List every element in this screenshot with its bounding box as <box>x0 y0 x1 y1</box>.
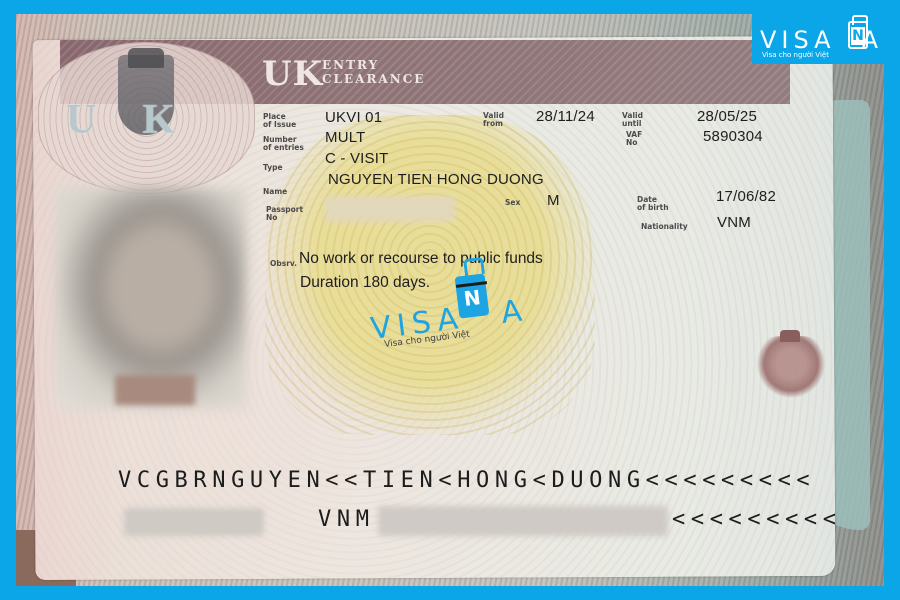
label-sex: Sex <box>505 199 520 207</box>
value-sex: M <box>547 193 560 209</box>
value-nationality: VNM <box>717 215 751 231</box>
mrz-line-1: VCGBRNGUYEN<<TIEN<HONG<DUONG<<<<<<<<< <box>118 468 815 493</box>
label-number-of-entries: Number of entries <box>263 136 304 152</box>
visana-tagline: Visa cho người Việt <box>762 51 829 59</box>
observation-line-1: No work or recourse to public funds <box>299 250 543 268</box>
mrz-line-2-nationality: VNM <box>318 507 375 532</box>
passport-no-redacted <box>325 196 455 222</box>
crown-icon <box>128 48 164 68</box>
value-valid-until: 28/05/25 <box>697 109 757 125</box>
label-place-of-issue: Place of Issue <box>263 113 296 129</box>
label-type: Type <box>263 164 283 172</box>
mrz-line-2-fillers: <<<<<<<<< <box>672 507 842 532</box>
label-observations: Obsrv. <box>270 260 297 268</box>
mrz-line-2-redacted-end <box>378 506 668 536</box>
value-name: NGUYEN TIEN HONG DUONG <box>328 172 544 188</box>
value-vaf-no: 5890304 <box>703 129 763 145</box>
label-valid-until: Valid until <box>622 112 643 128</box>
header-uk-logo: UK <box>262 54 323 94</box>
value-valid-from: 28/11/24 <box>536 109 595 125</box>
mrz-line-2-redacted-start <box>124 508 264 536</box>
label-valid-from: Valid from <box>483 112 504 128</box>
value-type: C - VISIT <box>325 151 388 167</box>
value-number-of-entries: MULT <box>325 130 366 146</box>
value-place-of-issue: UKVI 01 <box>325 110 382 126</box>
holder-photo-collar <box>115 375 195 405</box>
header-title-line1: ENTRY <box>322 58 522 72</box>
suitcase-letter: N <box>851 27 865 45</box>
label-name: Name <box>263 188 287 196</box>
label-passport-no: Passport No <box>266 206 303 222</box>
label-date-of-birth: Date of birth <box>637 196 669 212</box>
rosette-uk-text: UK <box>66 96 216 144</box>
royal-arms-emblem-icon <box>756 336 826 398</box>
header-title-line2: CLEARANCE <box>322 72 522 86</box>
royal-arms-crown-icon <box>780 330 800 342</box>
label-vaf-no: VAF No <box>626 131 642 147</box>
label-nationality: Nationality <box>641 223 688 231</box>
value-date-of-birth: 17/06/82 <box>716 189 776 205</box>
header-title: ENTRY CLEARANCE <box>322 58 522 86</box>
observation-line-2: Duration 180 days. <box>300 274 430 292</box>
